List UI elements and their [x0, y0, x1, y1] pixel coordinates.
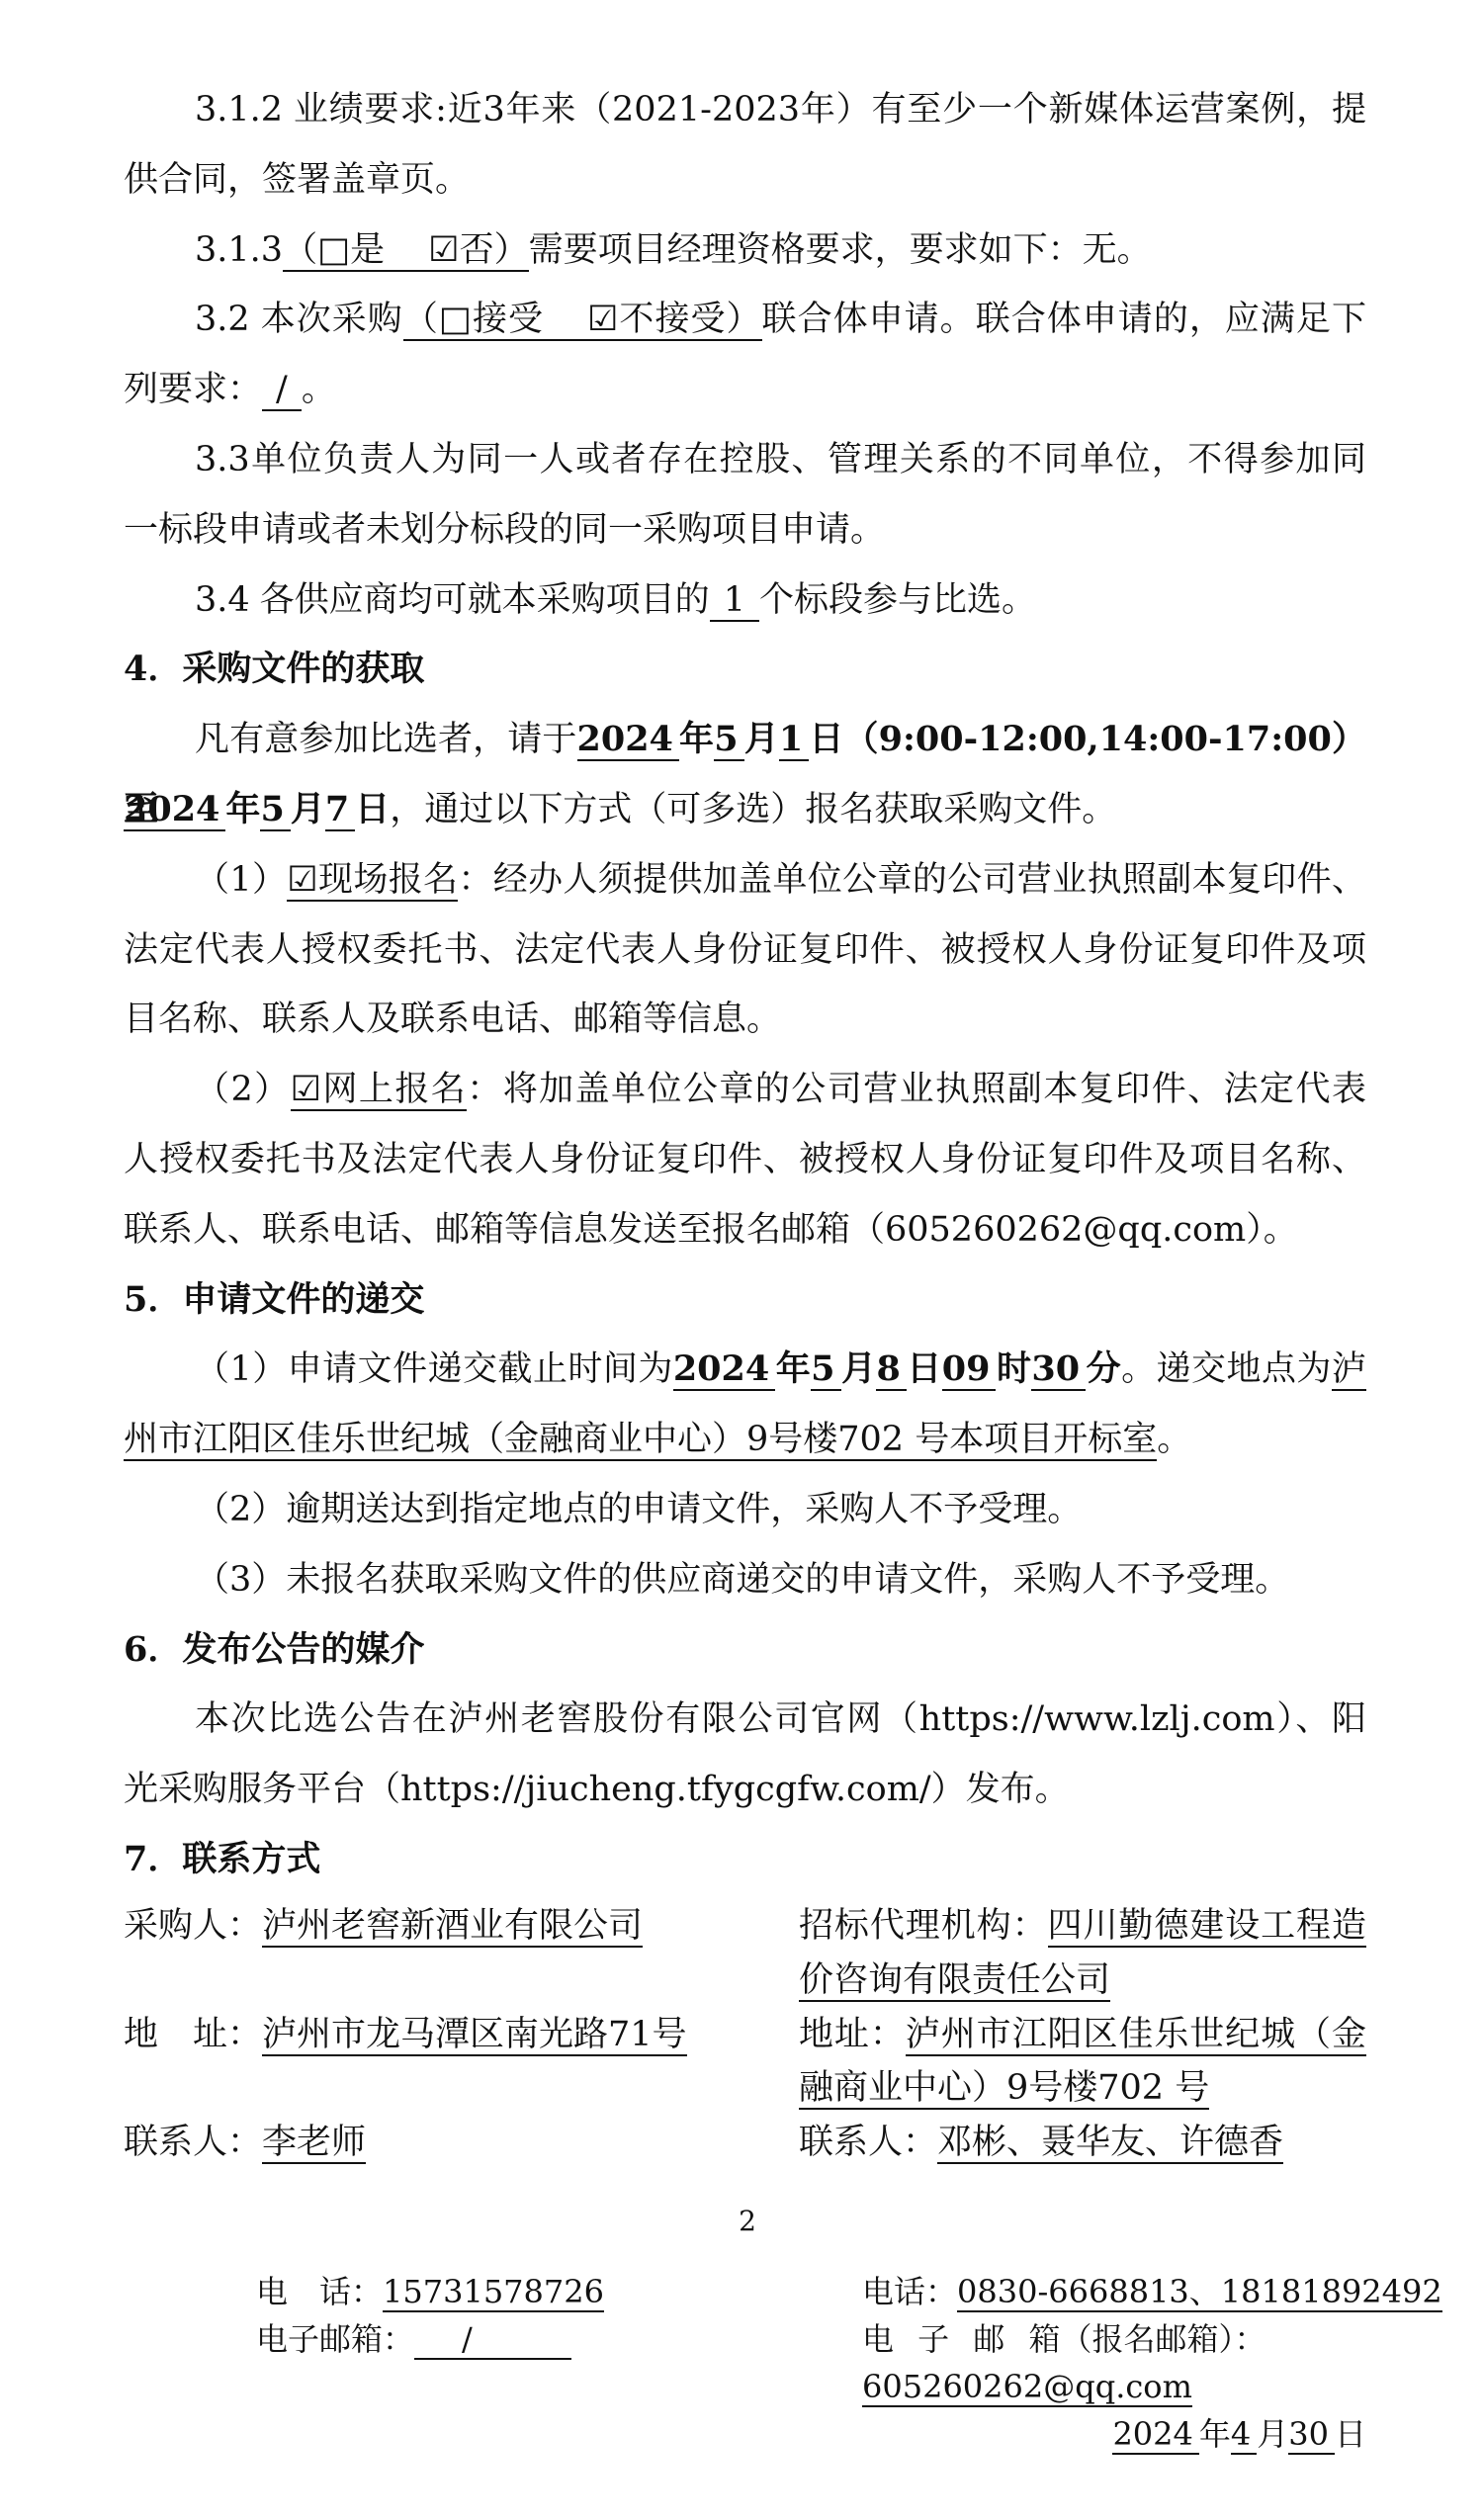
clause-text: 一标段申请或者未划分标段的同一采购项目申请。 [124, 510, 885, 550]
method-text: 法定代表人授权委托书、法定代表人身份证复印件、被授权人身份证复印件及项 [124, 930, 1366, 970]
method-text: 人授权委托书及法定代表人身份证复印件、被授权人身份证复印件及项目名称、 [124, 1140, 1366, 1179]
blank-field: 1 [710, 580, 759, 622]
agency-name-row: 招标代理机构：四川勤德建设工程造 价咨询有限责任公司 [799, 1899, 1366, 2008]
method-title: ☑网上报名 [291, 1070, 468, 1111]
option-label-accept: 接受 [473, 300, 544, 339]
label: 联系人： [124, 2123, 262, 2162]
media-line-1: 本次比选公告在泸州老窖股份有限公司官网（https://www.lzlj.com… [124, 1685, 1366, 1755]
clause-3-4: 3.4各供应商均可就本采购项目的1个标段参与比选。 [124, 565, 1366, 636]
colon: ： [467, 1070, 502, 1109]
end-year: 2024 [124, 789, 225, 831]
method-online-line-2: 人授权委托书及法定代表人身份证复印件、被授权人身份证复印件及项目名称、 [124, 1125, 1366, 1195]
year-unit: 年 [775, 1348, 811, 1389]
deadline-day: 8 [876, 1348, 906, 1391]
section-4-intro-line-1: 凡有意参加比选者，请于2024年5月1日（9:00-12:00,14:00-17… [124, 705, 1366, 775]
purchaser-name: 采购人：泸州老窖新酒业有限公司 [124, 1899, 776, 1954]
checkbox-checked-icon: ☑ [287, 860, 317, 900]
checkbox-unchecked-icon: □ [439, 300, 473, 339]
method-online-line-3: 联系人、联系电话、邮箱等信息发送至报名邮箱（605260262@qq.com）。 [124, 1195, 1366, 1265]
month-unit: 月 [291, 789, 325, 829]
item-text: 。递交地点为 [1121, 1349, 1332, 1389]
start-month: 5 [714, 719, 743, 761]
year-unit: 年 [679, 719, 714, 759]
document-date: 2024年4月30日 [862, 2410, 1366, 2458]
method-onsite-line-3: 目名称、联系人及联系电话、邮箱等信息。 [124, 985, 1366, 1055]
clause-number: 3.3 [195, 440, 250, 479]
deadline: 2024年5月8日09时30分 [673, 1348, 1121, 1391]
clause-text: 供合同，签署盖章页。 [124, 160, 470, 200]
date-month: 4 [1231, 2415, 1257, 2455]
hour-unit: 时 [996, 1348, 1031, 1389]
option-label-not-accept: 不接受 [618, 300, 726, 339]
purchaser-email: 电子邮箱：/ [256, 2315, 711, 2363]
deadline-hour: 09 [942, 1348, 997, 1391]
method-label: 现场报名 [318, 860, 459, 900]
bracket-open: （ [403, 300, 439, 339]
option-group: （□接受☑不接受） [403, 300, 762, 341]
value: / [414, 2320, 571, 2360]
purchaser-footer: 电 话：15731578726 电子邮箱：/ [256, 2268, 711, 2363]
date-year: 2024 [1112, 2415, 1198, 2455]
method-text: 目名称、联系人及联系电话、邮箱等信息。 [124, 999, 781, 1039]
value: 泸州市江阳区佳乐世纪城（金 [906, 2015, 1366, 2056]
purchaser-name-row: 采购人：泸州老窖新酒业有限公司 [124, 1899, 776, 1954]
value: 泸州市龙马潭区南光路71号 [262, 2015, 687, 2056]
office-hours: （9:00-12:00,14:00-17:00） [843, 719, 1366, 759]
clause-text: 各供应商均可就本采购项目的 [260, 580, 710, 620]
agency-email: 605260262@qq.com [862, 2363, 1366, 2410]
day-unit: 日 [907, 1348, 942, 1389]
section-6-heading: 6．发布公告的媒介 [124, 1615, 1366, 1686]
section-5-heading: 5．申请文件的递交 [124, 1265, 1366, 1336]
document-body: 3.1.2业绩要求:近3年来（2021-2023年）有至少一个新媒体运营案例，提… [124, 75, 1366, 1895]
value: 0830-6668813、18181892492 [957, 2273, 1442, 2312]
clause-number: 3.4 [195, 580, 250, 620]
clause-3-1-3: 3.1.3（□是☑否）需要项目经理资格要求，要求如下：无。 [124, 216, 1366, 286]
agency-email-label: 电 子 邮 箱（报名邮箱）： [862, 2315, 1366, 2363]
clause-text: 单位负责人为同一人或者存在控股、管理关系的不同单位，不得参加同 [250, 440, 1366, 479]
value: 价咨询有限责任公司 [799, 1960, 1110, 2002]
label: 地址： [799, 2015, 906, 2054]
item-text: 申请文件递交截止时间为 [288, 1349, 673, 1389]
clause-3-3-line-2: 一标段申请或者未划分标段的同一采购项目申请。 [124, 495, 1366, 565]
clause-3-2-line-2: 列要求：/。 [124, 355, 1366, 425]
submission-item-1-line-2: 州市江阳区佳乐世纪城（金融商业中心）9号楼702 号本项目开标室。 [124, 1405, 1366, 1475]
day-unit: 日 [355, 789, 390, 829]
checkbox-unchecked-icon: □ [317, 230, 350, 270]
checkbox-checked-icon: ☑ [587, 300, 618, 339]
month-unit: 月 [1257, 2415, 1288, 2453]
method-number: （1） [195, 860, 287, 900]
checkbox-checked-icon: ☑ [428, 230, 459, 270]
intro-text: ，通过以下方式（可多选）报名获取采购文件。 [390, 790, 1116, 829]
day-unit: 日 [1335, 2415, 1366, 2453]
label: 地 址： [124, 2015, 262, 2054]
method-onsite-line-2: 法定代表人授权委托书、法定代表人身份证复印件、被授权人身份证复印件及项 [124, 915, 1366, 986]
method-onsite-line-1: （1）☑现场报名：经办人须提供加盖单位公章的公司营业执照副本复印件、 [124, 845, 1366, 915]
option-label-no: 否 [460, 230, 494, 270]
agency-contact-row: 联系人：邓彬、聂华友、许德香 [799, 2116, 1366, 2170]
method-text: 联系人、联系电话、邮箱等信息发送至报名邮箱（605260262@qq.com）。 [124, 1210, 1298, 1250]
media-line-2: 光采购服务平台（https://jiucheng.tfygcgfw.com/）发… [124, 1755, 1366, 1825]
value: 泸州老窖新酒业有限公司 [262, 1906, 643, 1948]
value: 605260262@qq.com [862, 2368, 1192, 2407]
bracket-close: ） [727, 300, 762, 339]
month-unit: 月 [841, 1348, 877, 1389]
submission-item-3: （3）未报名获取采购文件的供应商递交的申请文件，采购人不予受理。 [124, 1545, 1366, 1615]
option-group: （□是☑否） [283, 230, 529, 272]
purchaser-address: 地 址：泸州市龙马潭区南光路71号 [124, 2008, 776, 2062]
end-date: 2024年5月7日 [124, 789, 390, 831]
label: 电话： [862, 2273, 957, 2310]
agency-name-line-2: 价咨询有限责任公司 [799, 1954, 1366, 2008]
agency-address-row: 地址：泸州市江阳区佳乐世纪城（金 融商业中心）9号楼702 号 [799, 2008, 1366, 2117]
value: 融商业中心）9号楼702 号 [799, 2068, 1209, 2110]
agency-contact: 联系人：邓彬、聂华友、许德香 [799, 2116, 1366, 2170]
agency-name-line-1: 招标代理机构：四川勤德建设工程造 [799, 1899, 1366, 1954]
clause-text: 需要项目经理资格要求，要求如下：无。 [529, 230, 1152, 270]
clause-3-1-2-line-2: 供合同，签署盖章页。 [124, 145, 1366, 216]
label: 电子邮箱： [256, 2320, 414, 2358]
minute-unit: 分 [1086, 1348, 1121, 1389]
clause-text: 业绩要求:近3年来（2021-2023年）有至少一个新媒体运营案例，提 [293, 90, 1366, 130]
day-unit: 日 [809, 719, 843, 759]
purchaser-address-row: 地 址：泸州市龙马潭区南光路71号 [124, 2008, 776, 2062]
clause-number: 3.2 [195, 300, 250, 339]
section-4-heading: 4．采购文件的获取 [124, 635, 1366, 705]
year-unit: 年 [1199, 2415, 1231, 2453]
document-page: 3.1.2业绩要求:近3年来（2021-2023年）有至少一个新媒体运营案例，提… [0, 0, 1483, 2520]
item-text: 。 [1157, 1420, 1191, 1459]
deadline-month: 5 [811, 1348, 840, 1391]
location: 州市江阳区佳乐世纪城（金融商业中心）9号楼702 号本项目开标室 [124, 1420, 1157, 1461]
clause-text: 本次采购 [260, 300, 403, 339]
clause-text: 个标段参与比选。 [759, 580, 1036, 620]
clause-number: 3.1.3 [195, 230, 283, 270]
year-unit: 年 [225, 789, 260, 829]
label: 招标代理机构： [799, 1906, 1048, 1946]
submission-item-1-line-1: （1）申请文件递交截止时间为2024年5月8日09时30分。递交地点为泸 [124, 1335, 1366, 1405]
clause-text: 联合体申请。联合体申请的，应满足下 [762, 300, 1366, 339]
method-label: 网上报名 [321, 1070, 467, 1109]
label: 联系人： [799, 2123, 937, 2162]
checkbox-checked-icon: ☑ [291, 1070, 321, 1109]
section-7-heading: 7．联系方式 [124, 1825, 1366, 1895]
clause-3-2-line-1: 3.2本次采购（□接受☑不接受）联合体申请。联合体申请的，应满足下 [124, 285, 1366, 355]
item-number: （1） [195, 1349, 288, 1389]
method-title: ☑现场报名 [287, 860, 458, 902]
agency-address-line-2: 融商业中心）9号楼702 号 [799, 2061, 1366, 2116]
method-number: （2） [195, 1070, 291, 1109]
date-day: 30 [1288, 2415, 1335, 2455]
blank-field: / [262, 370, 302, 411]
deadline-year: 2024 [673, 1348, 775, 1391]
value: 邓彬、聂华友、许德香 [937, 2123, 1283, 2164]
purchaser-contact-row: 联系人：李老师 [124, 2116, 776, 2170]
location-start: 泸 [1332, 1349, 1366, 1391]
clause-text: 列要求： [124, 370, 262, 409]
colon: ： [458, 860, 492, 900]
purchaser-phone: 电 话：15731578726 [256, 2268, 711, 2315]
label: 采购人： [124, 1906, 262, 1946]
end-day: 7 [325, 789, 355, 831]
method-text: 将加盖单位公章的公司营业执照副本复印件、法定代表 [503, 1070, 1366, 1109]
clause-3-1-2-line-1: 3.1.2业绩要求:近3年来（2021-2023年）有至少一个新媒体运营案例，提 [124, 75, 1366, 145]
value: 四川勤德建设工程造 [1048, 1906, 1366, 1948]
month-unit: 月 [744, 719, 779, 759]
value: 15731578726 [383, 2273, 604, 2312]
clause-number: 3.1.2 [195, 90, 283, 130]
section-4-intro-line-2: 2024年5月7日，通过以下方式（可多选）报名获取采购文件。 [124, 775, 1366, 845]
start-year: 2024 [577, 719, 679, 761]
agency-phone: 电话：0830-6668813、18181892492 [862, 2268, 1366, 2315]
intro-text: 凡有意参加比选者，请于 [195, 720, 577, 759]
label: 电 话： [256, 2273, 383, 2310]
value: 李老师 [262, 2123, 366, 2164]
option-label-yes: 是 [350, 230, 385, 270]
clause-3-3-line-1: 3.3单位负责人为同一人或者存在控股、管理关系的不同单位，不得参加同 [124, 425, 1366, 495]
bracket-open: （ [283, 230, 317, 270]
method-online-line-1: （2）☑网上报名：将加盖单位公章的公司营业执照副本复印件、法定代表 [124, 1055, 1366, 1125]
submission-item-2: （2）逾期送达到指定地点的申请文件，采购人不予受理。 [124, 1475, 1366, 1545]
agency-address-line-1: 地址：泸州市江阳区佳乐世纪城（金 [799, 2008, 1366, 2062]
purchaser-contact: 联系人：李老师 [124, 2116, 776, 2170]
page-number: 2 [734, 2204, 761, 2239]
method-text: 经办人须提供加盖单位公章的公司营业执照副本复印件、 [493, 860, 1366, 900]
bracket-close: ） [494, 230, 529, 270]
end-month: 5 [260, 789, 290, 831]
start-day: 1 [779, 719, 809, 761]
clause-text: 。 [302, 370, 336, 409]
deadline-minute: 30 [1031, 1348, 1086, 1391]
agency-footer: 电话：0830-6668813、18181892492 电 子 邮 箱（报名邮箱… [862, 2268, 1366, 2458]
